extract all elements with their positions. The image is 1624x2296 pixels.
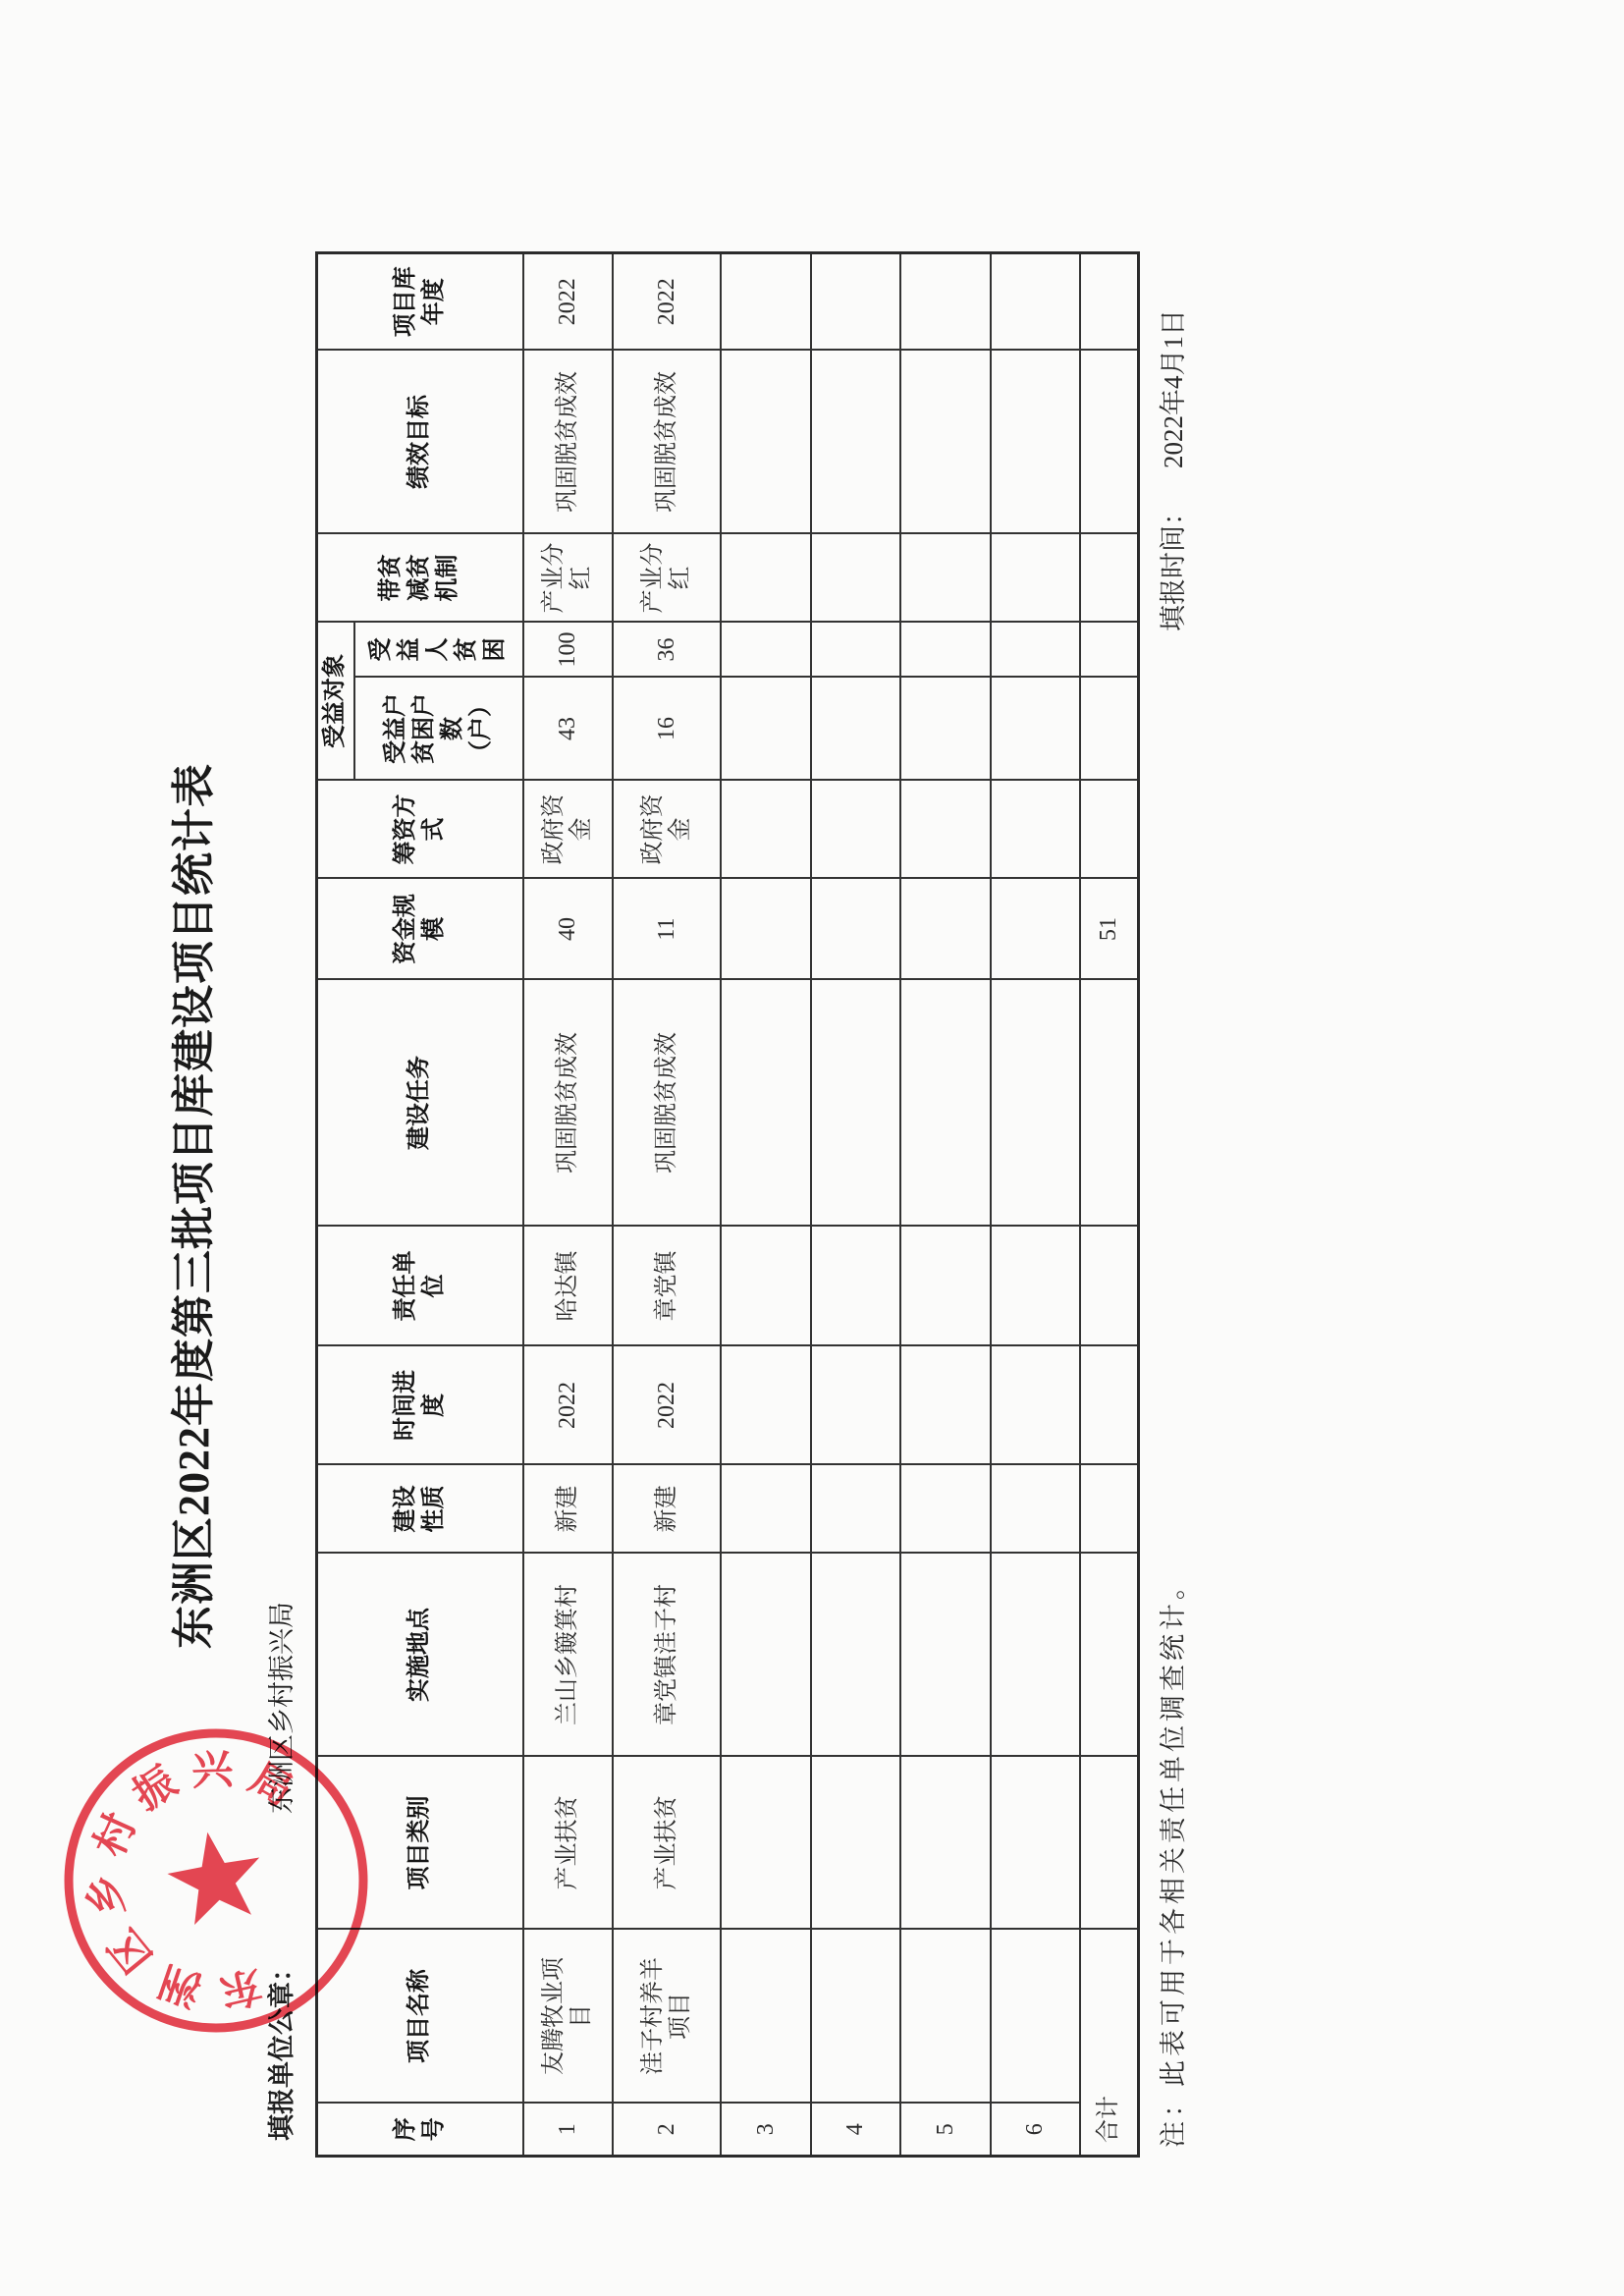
cell-task <box>900 980 991 1227</box>
cell-responsible-unit <box>900 1227 991 1346</box>
cell-funding-method <box>721 781 811 879</box>
cell-project-name <box>991 1930 1080 2104</box>
cell-households <box>721 678 811 781</box>
cell-task <box>721 980 811 1227</box>
total-category <box>1080 1757 1139 1930</box>
cell-task <box>991 980 1080 1227</box>
cell-year: 2022 <box>613 253 721 351</box>
cell-responsible-unit <box>721 1227 811 1346</box>
cell-category <box>991 1757 1080 1930</box>
seal-character: 村 <box>84 1806 145 1864</box>
header-responsible-unit: 责任单位 <box>317 1227 523 1346</box>
total-task <box>1080 980 1139 1227</box>
cell-nature <box>991 1465 1080 1554</box>
cell-goal: 巩固脱贫成效 <box>523 351 613 534</box>
table-row: 6 <box>991 253 1080 2157</box>
cell-schedule <box>900 1346 991 1465</box>
cell-location: 兰山乡簸箕村 <box>523 1554 613 1757</box>
cell-responsible-unit <box>811 1227 900 1346</box>
cell-no: 5 <box>900 2104 991 2157</box>
total-row: 合计 51 <box>1080 253 1139 2157</box>
cell-goal <box>900 351 991 534</box>
cell-nature <box>900 1465 991 1554</box>
cell-year <box>900 253 991 351</box>
report-time-value: 2022年4月1日 <box>1159 309 1188 468</box>
total-funding-method <box>1080 781 1139 879</box>
cell-persons <box>900 623 991 678</box>
total-mechanism <box>1080 534 1139 623</box>
header-mechanism: 带贫减贫机制 <box>317 534 523 623</box>
table-row: 5 <box>900 253 991 2157</box>
cell-project-name: 洼子村养羊项目 <box>613 1930 721 2104</box>
header-year: 项目库年度 <box>317 253 523 351</box>
cell-schedule <box>811 1346 900 1465</box>
project-statistics-table: 序号 项目名称 项目类别 实施地点 建设性质 时间进度 责任单位 建设任务 资金… <box>315 251 1140 2158</box>
cell-schedule: 2022 <box>613 1346 721 1465</box>
official-seal: 东洲区乡村振兴局 <box>49 1714 383 2048</box>
cell-schedule <box>991 1346 1080 1465</box>
star-icon <box>167 1832 259 1925</box>
cell-task <box>811 980 900 1227</box>
cell-funds <box>721 879 811 980</box>
header-schedule: 时间进度 <box>317 1346 523 1465</box>
total-label: 合计 <box>1080 1930 1139 2157</box>
cell-funding-method <box>811 781 900 879</box>
header-funds: 资金规模 <box>317 879 523 980</box>
cell-location <box>900 1554 991 1757</box>
total-funds: 51 <box>1080 879 1139 980</box>
cell-nature <box>721 1465 811 1554</box>
cell-schedule: 2022 <box>523 1346 613 1465</box>
total-responsible-unit <box>1080 1227 1139 1346</box>
cell-responsible-unit: 哈达镇 <box>523 1227 613 1346</box>
cell-mechanism: 产业分红 <box>523 534 613 623</box>
cell-persons: 36 <box>613 623 721 678</box>
cell-mechanism <box>900 534 991 623</box>
report-time-label: 填报时间： <box>1159 499 1188 631</box>
cell-persons <box>721 623 811 678</box>
cell-funds <box>991 879 1080 980</box>
cell-year: 2022 <box>523 253 613 351</box>
header-households: 受益户贫困户数（户） <box>354 678 523 781</box>
cell-responsible-unit <box>991 1227 1080 1346</box>
cell-funding-method: 政府资金 <box>613 781 721 879</box>
cell-category <box>811 1757 900 1930</box>
header-nature: 建设性质 <box>317 1465 523 1554</box>
total-persons <box>1080 623 1139 678</box>
cell-households <box>991 678 1080 781</box>
header-goal: 绩效目标 <box>317 351 523 534</box>
cell-households <box>811 678 900 781</box>
cell-mechanism <box>991 534 1080 623</box>
cell-year <box>721 253 811 351</box>
cell-households: 16 <box>613 678 721 781</box>
cell-funding-method: 政府资金 <box>523 781 613 879</box>
cell-location <box>811 1554 900 1757</box>
cell-persons: 100 <box>523 623 613 678</box>
cell-project-name <box>900 1930 991 2104</box>
seal-character: 乡 <box>80 1872 133 1919</box>
cell-year <box>991 253 1080 351</box>
cell-goal <box>991 351 1080 534</box>
total-year <box>1080 253 1139 351</box>
cell-location <box>721 1554 811 1757</box>
cell-category: 产业扶贫 <box>523 1757 613 1930</box>
seal-character: 洲 <box>153 1956 208 2015</box>
cell-responsible-unit: 章党镇 <box>613 1227 721 1346</box>
seal-character: 兴 <box>190 1745 235 1794</box>
header-funding-method: 筹资方式 <box>317 781 523 879</box>
table-row: 4 <box>811 253 900 2157</box>
cell-funding-method <box>991 781 1080 879</box>
total-nature <box>1080 1465 1139 1554</box>
cell-persons <box>991 623 1080 678</box>
cell-project-name <box>721 1930 811 2104</box>
cell-no: 3 <box>721 2104 811 2157</box>
cell-nature: 新建 <box>613 1465 721 1554</box>
cell-category <box>900 1757 991 1930</box>
cell-persons <box>811 623 900 678</box>
footnote: 注：此表可用于各相关责任单位调查统计。 <box>1159 1569 1188 2148</box>
cell-goal <box>811 351 900 534</box>
header-beneficiaries-group: 受益对象 <box>317 623 354 781</box>
cell-no: 1 <box>523 2104 613 2157</box>
cell-households <box>900 678 991 781</box>
table-row: 2 洼子村养羊项目 产业扶贫 章党镇洼子村 新建 2022 章党镇 巩固脱贫成效… <box>613 253 721 2157</box>
cell-funds <box>811 879 900 980</box>
cell-category <box>721 1757 811 1930</box>
cell-project-name <box>811 1930 900 2104</box>
total-schedule <box>1080 1346 1139 1465</box>
scanned-document-page: 东洲区2022年度第三批项目库建设项目统计表 填报单位公章： 东洲区乡村振兴局 … <box>0 0 1624 2296</box>
cell-mechanism <box>811 534 900 623</box>
cell-category: 产业扶贫 <box>613 1757 721 1930</box>
cell-mechanism <box>721 534 811 623</box>
cell-project-name: 友腾牧业项目 <box>523 1930 613 2104</box>
cell-no: 6 <box>991 2104 1080 2157</box>
header-no: 序号 <box>317 2104 523 2157</box>
cell-funds: 40 <box>523 879 613 980</box>
total-households <box>1080 678 1139 781</box>
cell-households: 43 <box>523 678 613 781</box>
seal-character: 东 <box>215 1961 266 2017</box>
cell-funds <box>900 879 991 980</box>
cell-nature <box>811 1465 900 1554</box>
cell-location: 章党镇洼子村 <box>613 1554 721 1757</box>
cell-location <box>991 1554 1080 1757</box>
seal-character: 局 <box>242 1753 301 1815</box>
cell-mechanism: 产业分红 <box>613 534 721 623</box>
cell-funding-method <box>900 781 991 879</box>
table-row: 1 友腾牧业项目 产业扶贫 兰山乡簸箕村 新建 2022 哈达镇 巩固脱贫成效 … <box>523 253 613 2157</box>
cell-no: 2 <box>613 2104 721 2157</box>
header-task: 建设任务 <box>317 980 523 1227</box>
cell-funds: 11 <box>613 879 721 980</box>
cell-goal <box>721 351 811 534</box>
cell-year <box>811 253 900 351</box>
seal-character: 区 <box>98 1920 162 1983</box>
cell-task: 巩固脱贫成效 <box>523 980 613 1227</box>
cell-no: 4 <box>811 2104 900 2157</box>
cell-goal: 巩固脱贫成效 <box>613 351 721 534</box>
seal-character: 振 <box>124 1757 185 1820</box>
header-persons: 受益人贫困 <box>354 623 523 678</box>
cell-schedule <box>721 1346 811 1465</box>
total-location <box>1080 1554 1139 1757</box>
cell-nature: 新建 <box>523 1465 613 1554</box>
table-row: 3 <box>721 253 811 2157</box>
total-goal <box>1080 351 1139 534</box>
cell-task: 巩固脱贫成效 <box>613 980 721 1227</box>
